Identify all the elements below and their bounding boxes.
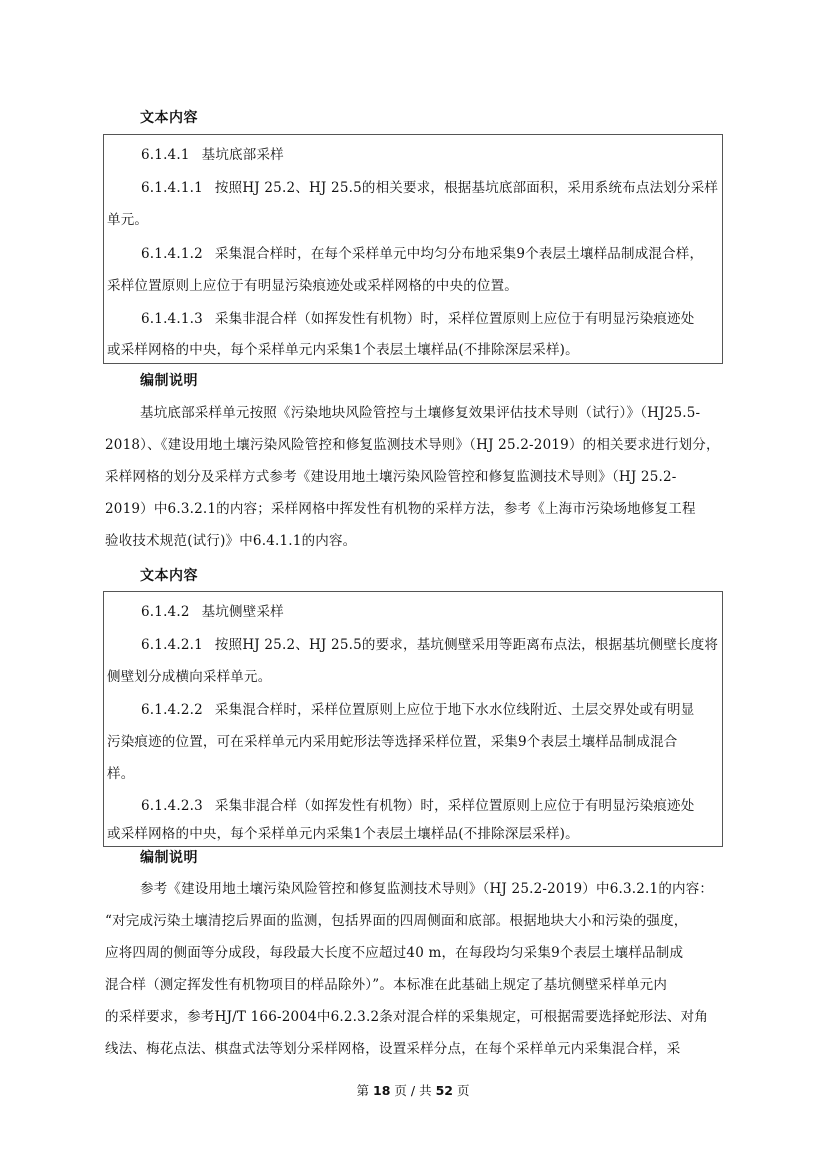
note-line: 验收技术规范(试行)》中6.4.1.1的内容。: [105, 531, 356, 551]
clause-line: 单元。: [107, 210, 148, 230]
clause-title: 6.1.4.1基坑底部采样: [141, 145, 284, 165]
clause-line: 或采样网格的中央，每个采样单元内采集1个表层土壤样品(不排除深层采样)。: [107, 824, 579, 844]
clause-line: 采样位置原则上应位于有明显污染痕迹处或采样网格的中央的位置。: [107, 276, 518, 296]
document-page: 文本内容 6.1.4.1基坑底部采样 6.1.4.1.1按照HJ 25.2、HJ…: [0, 0, 826, 1169]
note-line: 基坑底部采样单元按照《污染地块风险管控与土壤修复效果评估技术导则（试行）》（HJ…: [140, 403, 700, 423]
clause-number: 6.1.4.1.3: [141, 309, 203, 329]
note-line: 2019）中6.3.2.1的内容；采样网格中挥发性有机物的采样方法，参考《上海市…: [105, 499, 696, 519]
clause-line: 6.1.4.1.1按照HJ 25.2、HJ 25.5的相关要求，根据基坑底部面积…: [141, 178, 718, 198]
section-heading-drafting-notes-2: 编制说明: [140, 848, 198, 868]
clause-number: 6.1.4.1.1: [141, 178, 203, 198]
section-heading-drafting-notes-1: 编制说明: [140, 371, 198, 391]
clause-number: 6.1.4.1.2: [141, 244, 203, 264]
clause-line: 污染痕迹的位置，可在采样单元内采用蛇形法等选择采样位置，采集9个表层土壤样品制成…: [107, 732, 678, 752]
note-line: “对完成污染土壤清挖后界面的监测，包括界面的四周侧面和底部。根据地块大小和污染的…: [105, 911, 688, 931]
current-page-number: 18: [373, 1083, 390, 1098]
clause-number: 6.1.4.2: [141, 602, 190, 622]
note-line: 采样网格的划分及采样方式参考《建设用地土壤污染风险管控和修复监测技术导则》（HJ…: [105, 467, 677, 487]
clause-number: 6.1.4.2.1: [141, 635, 203, 655]
clause-text: 按照HJ 25.2、HJ 25.5的相关要求，根据基坑底部面积，采用系统布点法划…: [215, 180, 718, 196]
clause-line: 6.1.4.2.2采集混合样时，采样位置原则上应位于地下水水位线附近、土层交界处…: [141, 700, 694, 720]
section-heading-text-content-1: 文本内容: [140, 108, 198, 128]
clause-text: 采集混合样时，采样位置原则上应位于地下水水位线附近、土层交界处或有明显: [215, 702, 695, 718]
note-line: 参考《建设用地土壤污染风险管控和修复监测技术导则》（HJ 25.2-2019）中…: [140, 879, 713, 899]
note-line: 的采样要求，参考HJ/T 166-2004中6.2.3.2条对混合样的采集规定，…: [105, 1007, 708, 1027]
clause-line: 6.1.4.1.3采集非混合样（如挥发性有机物）时，采样位置原则上应位于有明显污…: [141, 309, 694, 329]
note-line: 混合样（测定挥发性有机物项目的样品除外）”。本标准在此基础上规定了基坑侧壁采样单…: [105, 975, 667, 995]
clause-number: 6.1.4.2.2: [141, 700, 203, 720]
clause-box-6-1-4-2: 6.1.4.2基坑侧壁采样 6.1.4.2.1按照HJ 25.2、HJ 25.5…: [103, 591, 723, 847]
clause-line: 侧壁划分成横向采样单元。: [107, 667, 271, 687]
clause-number: 6.1.4.1: [141, 145, 190, 165]
section-heading-text-content-2: 文本内容: [140, 566, 198, 586]
clause-line: 6.1.4.2.3采集非混合样（如挥发性有机物）时，采样位置原则上应位于有明显污…: [141, 796, 694, 816]
clause-line: 样。: [107, 764, 134, 784]
footer-prefix: 第: [356, 1083, 369, 1098]
clause-text: 采集混合样时，在每个采样单元中均匀分布地采集9个表层土壤样品制成混合样，: [215, 246, 703, 262]
footer-suffix: 页: [457, 1083, 470, 1098]
page-footer: 第18页 / 共52页: [0, 1081, 826, 1099]
note-line: 2018）、《建设用地土壤污染风险管控和修复监测技术导则》（HJ 25.2-20…: [105, 435, 720, 455]
note-line: 线法、梅花点法、棋盘式法等划分采样网格，设置采样分点，在每个采样单元内采集混合样…: [105, 1039, 680, 1059]
clause-title-text: 基坑底部采样: [202, 147, 284, 163]
clause-text: 采集非混合样（如挥发性有机物）时，采样位置原则上应位于有明显污染痕迹处: [215, 311, 695, 327]
total-pages-number: 52: [436, 1083, 453, 1098]
clause-line: 6.1.4.2.1按照HJ 25.2、HJ 25.5的要求，基坑侧壁采用等距离布…: [141, 635, 718, 655]
footer-middle: 页 / 共: [394, 1083, 431, 1098]
note-line: 应将四周的侧面等分成段，每段最大长度不应超过40 m，在每段均匀采集9个表层土壤…: [105, 943, 683, 963]
clause-line: 6.1.4.1.2采集混合样时，在每个采样单元中均匀分布地采集9个表层土壤样品制…: [141, 244, 703, 264]
clause-box-6-1-4-1: 6.1.4.1基坑底部采样 6.1.4.1.1按照HJ 25.2、HJ 25.5…: [103, 134, 723, 364]
clause-line: 或采样网格的中央，每个采样单元内采集1个表层土壤样品(不排除深层采样)。: [107, 340, 579, 360]
clause-title-text: 基坑侧壁采样: [202, 604, 284, 620]
clause-text: 采集非混合样（如挥发性有机物）时，采样位置原则上应位于有明显污染痕迹处: [215, 798, 695, 814]
clause-title: 6.1.4.2基坑侧壁采样: [141, 602, 284, 622]
clause-text: 按照HJ 25.2、HJ 25.5的要求，基坑侧壁采用等距离布点法，根据基坑侧壁…: [215, 637, 718, 653]
clause-number: 6.1.4.2.3: [141, 796, 203, 816]
